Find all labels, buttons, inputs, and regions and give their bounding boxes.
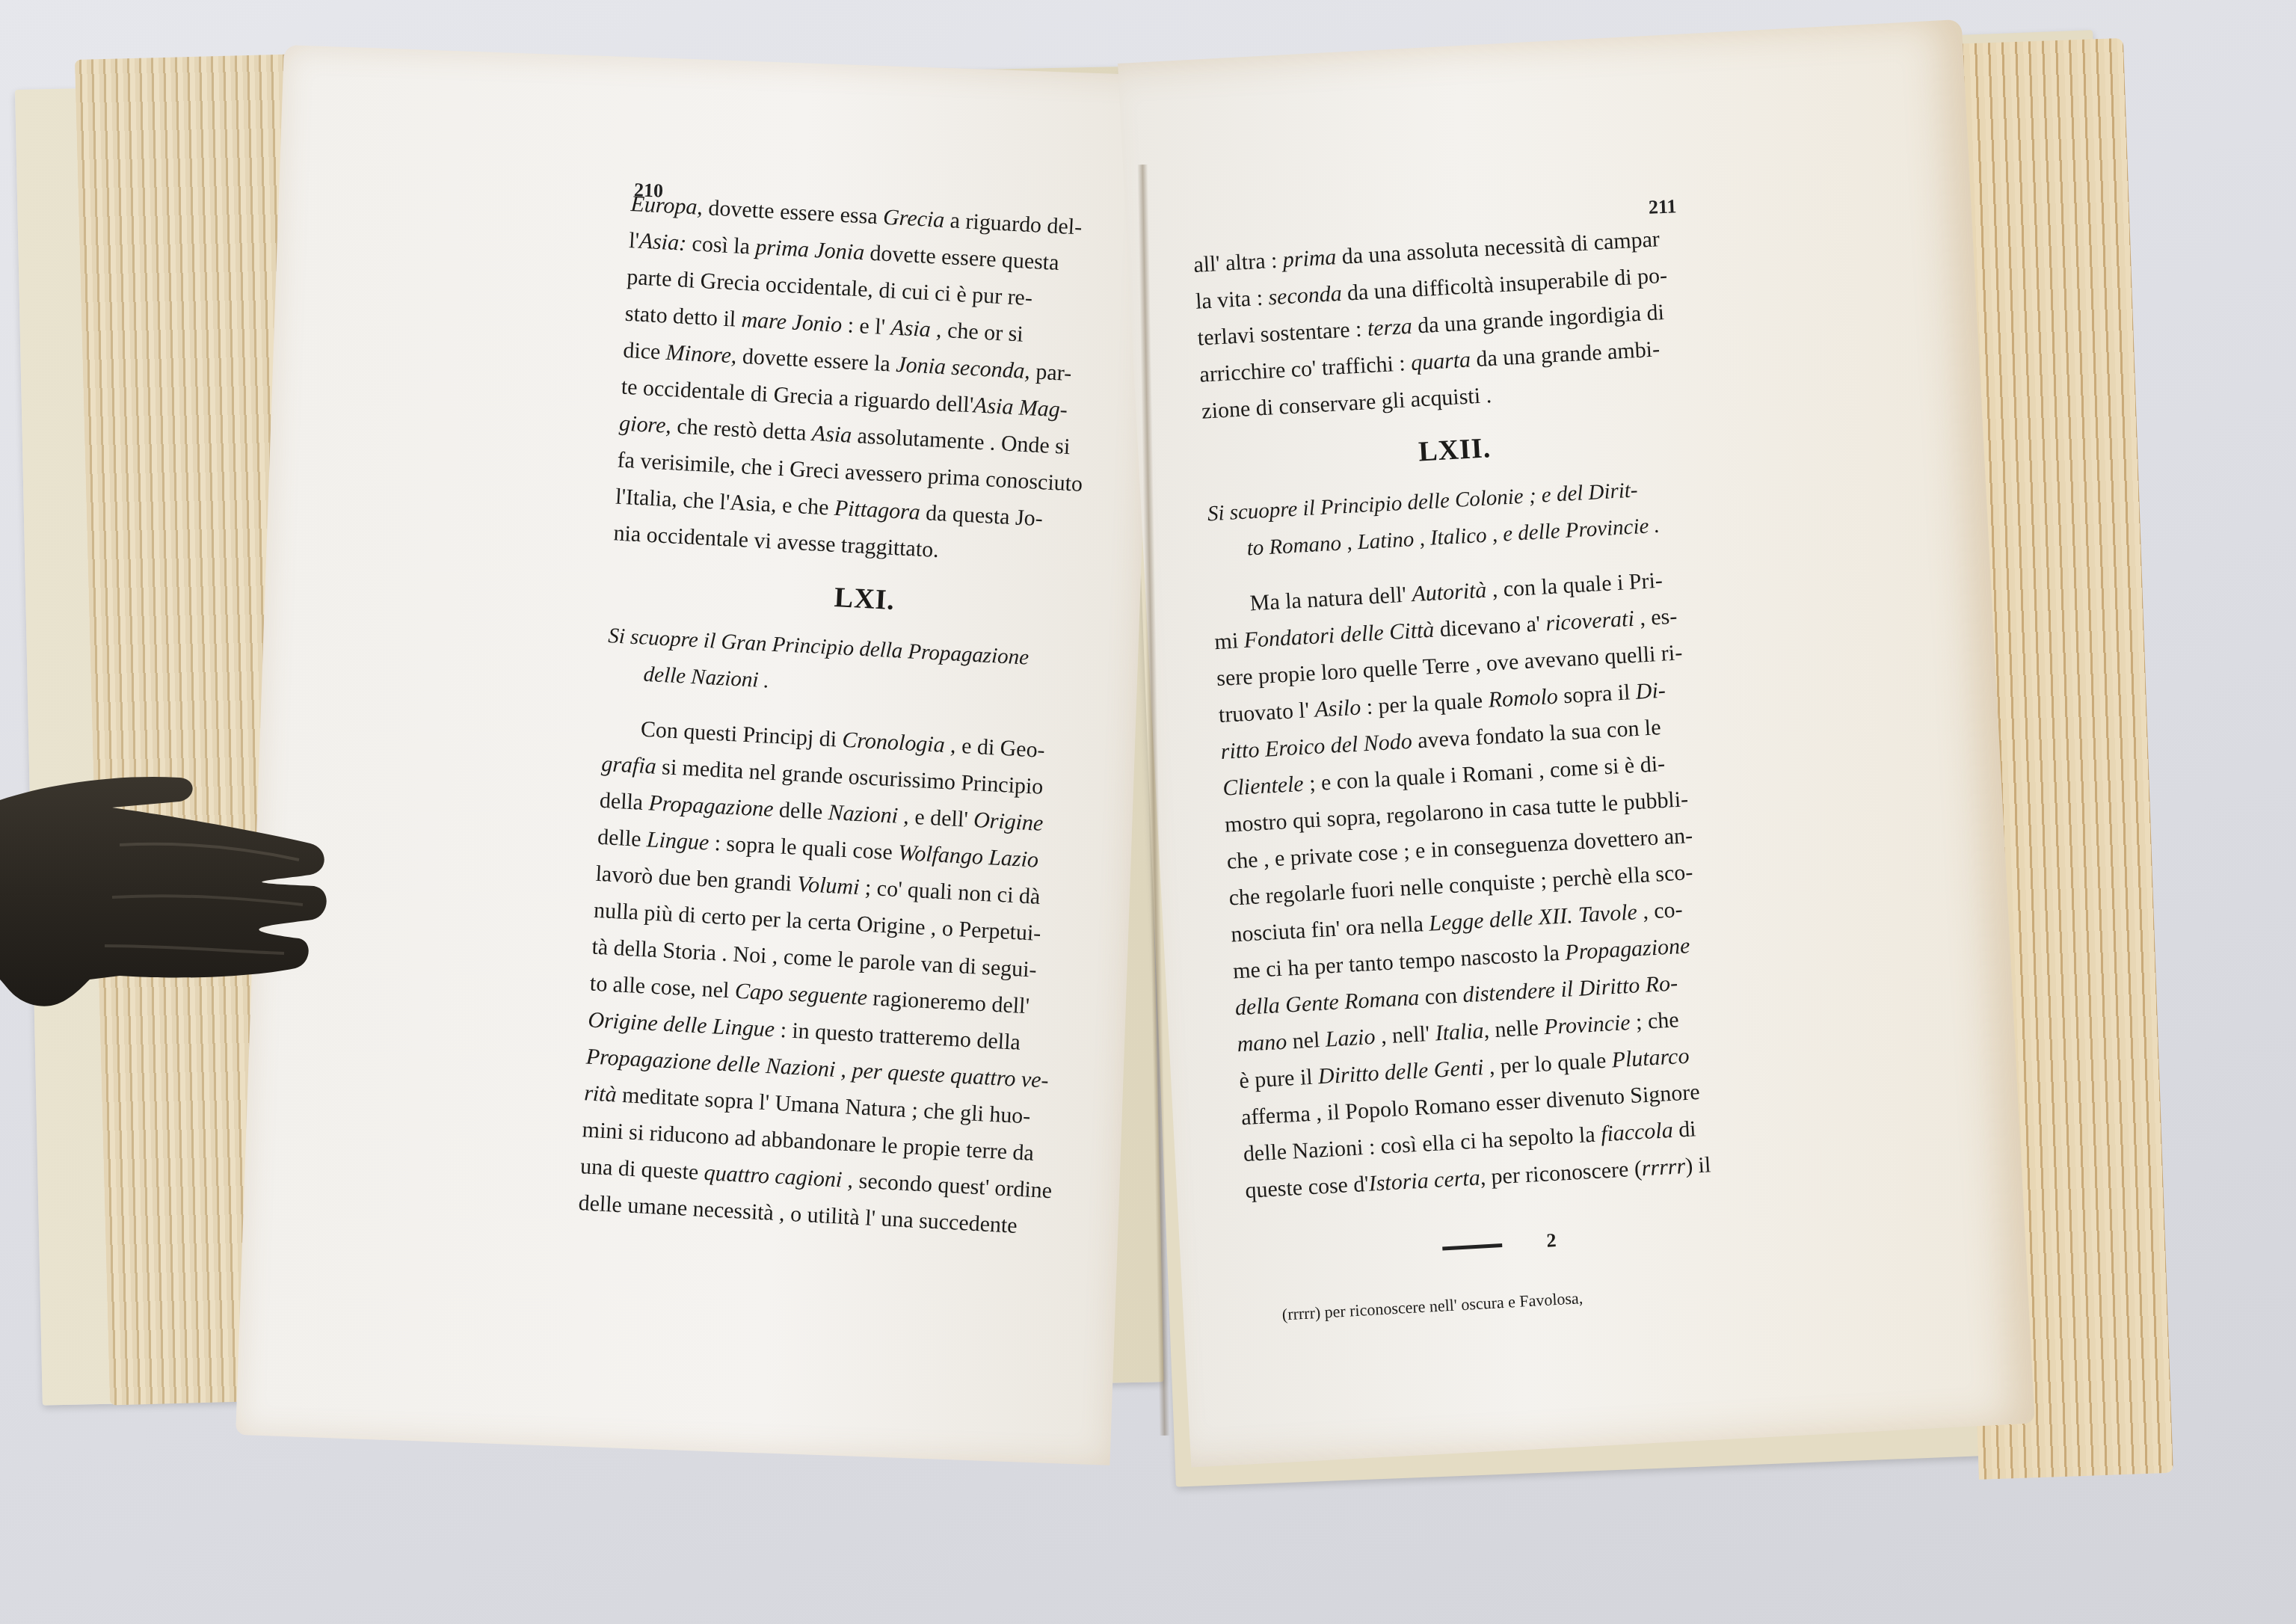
italic-text: Wolfango Lazio — [897, 840, 1039, 873]
roman-text: dicevano a' — [1433, 611, 1546, 642]
signature-number: 2 — [1546, 1229, 1557, 1252]
italic-text: ricoverati — [1545, 606, 1635, 636]
italic-text: Asia: — [638, 229, 687, 256]
left-page-body: Con questi Principj di Cronologia , e di… — [577, 709, 1112, 1248]
italic-text: Lazio — [1325, 1024, 1376, 1052]
roman-text: terlavi sostentare : — [1197, 316, 1368, 351]
hand-paperweight-icon — [0, 755, 329, 1017]
roman-text: ragioneremo dell' — [867, 985, 1029, 1018]
roman-text: ; co' quali non ci dà — [859, 875, 1041, 909]
roman-text: , per riconoscere ( — [1480, 1156, 1643, 1190]
roman-text: delle — [773, 797, 829, 825]
roman-text: , per lo quale — [1483, 1048, 1612, 1080]
italic-text: Origine delle Lingue — [588, 1007, 775, 1042]
italic-text: giore — [618, 411, 666, 438]
italic-text: Volumi — [796, 872, 860, 899]
italic-text: Pittagora — [834, 496, 921, 525]
italic-text: Europa — [630, 191, 698, 220]
italic-text: prima Jonia — [755, 235, 865, 265]
roman-text: , con la quale i Pri- — [1486, 568, 1663, 603]
italic-text: Cronologia — [842, 728, 946, 757]
italic-text: Asilo — [1314, 695, 1361, 722]
italic-text: Jonia seconda — [896, 352, 1026, 384]
roman-text: la vita : — [1195, 285, 1269, 313]
roman-text: così la — [686, 231, 756, 259]
roman-text: , che or si — [930, 317, 1024, 346]
roman-text: una di queste — [579, 1154, 704, 1185]
roman-text: , dovette essere essa — [697, 195, 884, 230]
roman-text: ) il — [1684, 1152, 1711, 1178]
roman-text: da una grande ambi- — [1470, 336, 1661, 372]
roman-text: è pure il — [1238, 1064, 1318, 1093]
italic-text: Propagazione — [648, 790, 775, 822]
italic-text: Romolo — [1488, 684, 1559, 713]
roman-text: l'Italia, che l'Asia, e che — [615, 484, 835, 520]
roman-text: a riguardo del- — [944, 208, 1083, 240]
italic-text: quarta — [1410, 347, 1471, 375]
italic-text: Plutarco — [1611, 1044, 1690, 1073]
roman-text: nosciuta fin' ora nella — [1231, 911, 1430, 947]
roman-text: , es- — [1634, 604, 1678, 631]
italic-text: quattro cagioni — [704, 1160, 843, 1193]
italic-text: mare Jonio — [741, 307, 843, 337]
italic-text: Lingue — [646, 827, 710, 855]
roman-text: , che restò detta — [665, 413, 813, 446]
italic-text: rrrrr — [1641, 1154, 1686, 1181]
left-page-opening-lines: Europa, dovette essere essa Grecia a rig… — [612, 185, 1139, 578]
roman-text: , e dell' — [897, 804, 974, 832]
italic-text: Provincie — [1543, 1010, 1631, 1039]
italic-text: Grecia — [882, 205, 945, 233]
roman-text: , — [835, 1057, 853, 1083]
italic-text: seconda — [1268, 281, 1343, 310]
roman-text: ; che — [1630, 1007, 1680, 1035]
roman-text: : e l' — [841, 313, 891, 339]
roman-text: : sopra le quali cose — [708, 831, 899, 865]
roman-text: dice — [623, 338, 667, 365]
roman-text: Ma la natura dell' — [1249, 582, 1413, 615]
left-page-text: Europa, dovette essere essa Grecia a rig… — [577, 185, 1139, 1248]
roman-text: arricchire co' traffichi : — [1199, 351, 1412, 387]
roman-text: della — [599, 788, 649, 815]
italic-text: Legge delle XII. Tavole — [1428, 899, 1637, 936]
italic-text: Propagazione — [1564, 933, 1690, 965]
photo-scene: 210 211 Europa, dovette essere essa Grec… — [0, 0, 2296, 1624]
roman-text: all' altra : — [1192, 247, 1283, 277]
italic-text: fiaccola — [1600, 1118, 1673, 1146]
italic-text: Clientele — [1222, 772, 1305, 801]
roman-text: , e di Geo- — [944, 733, 1046, 763]
italic-text: prima — [1282, 244, 1337, 272]
roman-text: con — [1418, 982, 1463, 1009]
italic-text: Italia — [1435, 1018, 1485, 1046]
roman-text: , co- — [1637, 897, 1684, 924]
roman-text: , dovette essere la — [730, 343, 896, 377]
italic-text: Di- — [1635, 678, 1666, 704]
signature-rule — [1442, 1243, 1502, 1250]
roman-text: , nell' — [1374, 1021, 1435, 1049]
right-page-body: Ma la natura dell' Autorità , con la qua… — [1211, 559, 1746, 1209]
italic-text: Diritto delle Genti — [1317, 1055, 1484, 1089]
roman-text: truovato l' — [1218, 698, 1315, 728]
roman-text: queste cose d' — [1245, 1172, 1370, 1203]
roman-text: : per la quale — [1360, 688, 1489, 719]
roman-text: stato detto il — [624, 301, 742, 332]
italic-text: ritto Eroico del Nodo — [1220, 729, 1413, 764]
roman-text: , par- — [1024, 359, 1072, 386]
roman-text: Con questi Principj di — [640, 717, 843, 752]
italic-text: per queste quattro ve- — [852, 1058, 1049, 1093]
italic-text: grafia — [601, 751, 657, 779]
italic-text: Capo seguente — [734, 979, 868, 1010]
italic-text: mano — [1237, 1030, 1287, 1057]
italic-text: Nazioni — [828, 800, 899, 828]
italic-text: Fondatori delle Città — [1243, 618, 1435, 653]
right-page-opening-lines: all' altra : prima da una assoluta neces… — [1192, 219, 1703, 430]
roman-text: nel — [1286, 1027, 1326, 1054]
italic-text: rità — [584, 1080, 618, 1107]
roman-text: di — [1672, 1116, 1697, 1142]
roman-text: lavorò due ben grandi — [595, 861, 798, 896]
roman-text: sopra il — [1557, 680, 1637, 709]
roman-text: to alle cose, nel — [589, 971, 736, 1003]
roman-text: da questa Jo- — [920, 500, 1044, 532]
page-number-right: 211 — [1648, 195, 1677, 218]
italic-text: Asia — [811, 421, 852, 448]
italic-text: Autorità — [1411, 578, 1487, 607]
italic-text: Asia — [890, 315, 932, 342]
roman-text: dovette essere questa — [864, 240, 1059, 275]
roman-text: , secondo quest' ordine — [841, 1168, 1053, 1204]
italic-text: Asia Mag- — [973, 393, 1068, 422]
italic-text: Minore — [665, 340, 732, 369]
roman-text: assolutamente . Onde si — [851, 423, 1071, 459]
italic-text: della Gente Romana — [1234, 985, 1420, 1021]
italic-text: terza — [1367, 314, 1413, 341]
roman-text: delle — [597, 825, 647, 852]
italic-text: Istoria certa — [1368, 1165, 1481, 1196]
signature-mark: 2 — [1248, 1211, 1750, 1276]
italic-text: Origine — [973, 808, 1044, 836]
italic-text: distendere il Diritto Ro- — [1462, 971, 1678, 1007]
roman-text: mi — [1214, 628, 1245, 654]
right-page-text: all' altra : prima da una assoluta neces… — [1192, 219, 1753, 1335]
roman-text: , nelle — [1483, 1015, 1545, 1042]
